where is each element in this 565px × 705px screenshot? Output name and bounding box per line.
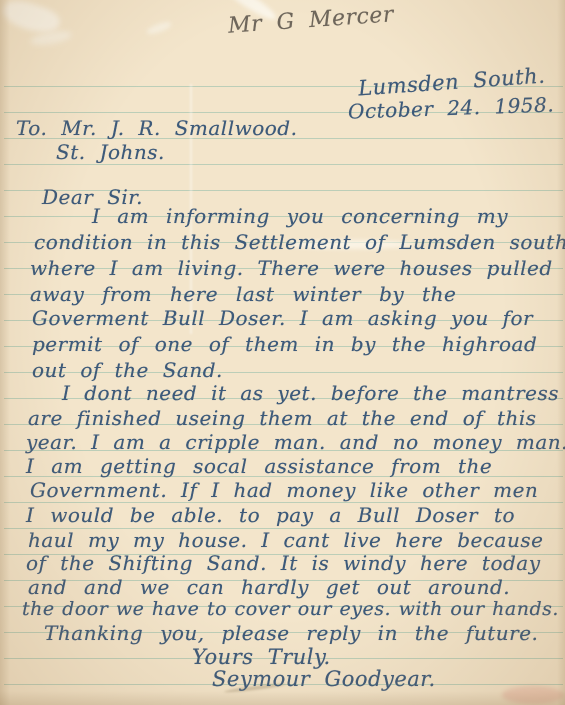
body-line: are finished useing them at the end of t… [28, 406, 537, 430]
signature: Seymour Goodyear. [212, 667, 436, 691]
paper-scuff [29, 28, 72, 47]
body-line: haul my my house. I cant live here becau… [28, 528, 543, 552]
body-line: Goverment Bull Doser. I am asking you fo… [32, 306, 533, 330]
recipient-line: St. Johns. [56, 140, 165, 164]
body-line: and and we can hardly get out around. [28, 575, 510, 599]
body-line: I am getting socal assistance from the [26, 454, 492, 478]
body-line: the door we have to cover our eyes. with… [22, 598, 559, 620]
body-line: Government. If I had money like other me… [30, 478, 538, 502]
body-line: permit of one of them in by the highroad [32, 332, 537, 356]
body-line: condition in this Settlement of Lumsden … [34, 230, 565, 254]
body-line: of the Shifting Sand. It is windy here t… [26, 551, 541, 575]
body-line: year. I am a cripple man. and no money m… [26, 430, 565, 454]
body-line: away from here last winter by the [30, 282, 456, 306]
body-line: I would be able. to pay a Bull Doser to [26, 503, 515, 527]
pencil-note: Mr G Mercer [227, 2, 394, 39]
recipient-line: To. Mr. J. R. Smallwood. [16, 116, 297, 140]
paper-scuff [0, 0, 63, 38]
body-line: I am informing you concerning my [92, 204, 508, 228]
body-line: I dont need it as yet. before the mantre… [62, 381, 559, 405]
body-line: out of the Sand. [32, 358, 223, 382]
letter-page: Mr G Mercer Lumsden South. October 24. 1… [0, 0, 565, 705]
valediction: Yours Truly. [192, 645, 331, 669]
body-line: Thanking you, please reply in the future… [44, 621, 538, 645]
paper-scuff [145, 20, 172, 36]
corner-stain [502, 686, 564, 704]
body-line: where I am living. There were houses pul… [30, 256, 553, 280]
